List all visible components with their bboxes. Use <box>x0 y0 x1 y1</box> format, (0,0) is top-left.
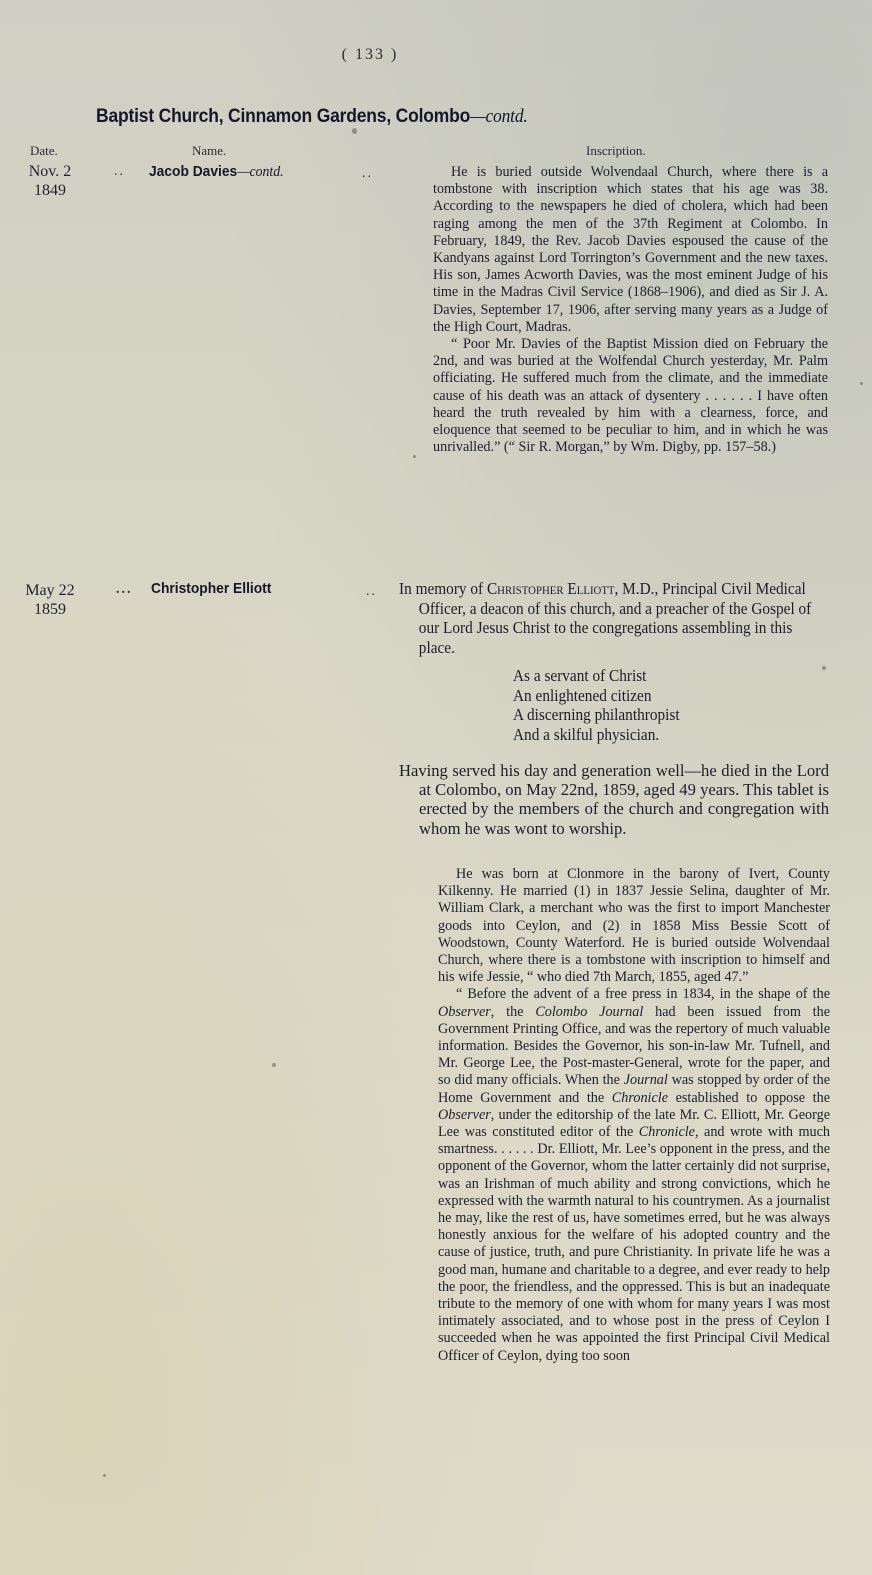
verse-line: And a skilful physician. <box>513 725 680 745</box>
column-header-name: Name. <box>192 143 226 159</box>
entry-date-year: 1859 <box>14 600 86 619</box>
running-title-contd: —contd. <box>470 106 527 127</box>
memorial-inscription: In memory of Christopher Elliott, M.D., … <box>399 579 827 657</box>
page-number: ( 133 ) <box>0 46 740 64</box>
leader-dots: ... <box>116 582 133 598</box>
tablet-text: Having served his day and generation wel… <box>399 761 829 838</box>
document-page: ( 133 ) Baptist Church, Cinnamon Gardens… <box>0 0 872 1575</box>
verse-line: A discerning philanthropist <box>513 705 680 725</box>
running-title: Baptist Church, Cinnamon Gardens, Colomb… <box>96 106 528 128</box>
tablet-paragraph: Having served his day and generation wel… <box>399 761 829 838</box>
quote-text: , the <box>491 1004 536 1020</box>
leader-dots: .. <box>114 164 125 180</box>
newspaper-title: Observer <box>438 1107 491 1123</box>
entry-date: May 22 1859 <box>14 581 86 619</box>
paper-speck <box>352 128 357 134</box>
memorial-person-name: Christopher Elliott <box>487 579 615 598</box>
inscription-text: He is buried outside Wolvendaal Church, … <box>433 164 828 456</box>
memorial-intro-prefix: In memory of <box>399 579 487 598</box>
notes-paragraph: He was born at Clonmore in the barony of… <box>438 866 830 986</box>
entry-name-contd: —contd. <box>237 164 283 180</box>
quote-text: established to oppose the <box>668 1090 830 1106</box>
paper-speck <box>272 1063 276 1067</box>
entry-date-year: 1849 <box>14 181 86 200</box>
paper-speck <box>413 455 416 458</box>
inscription-quote-paragraph: “ Poor Mr. Davies of the Baptist Mission… <box>433 336 828 456</box>
entry-date-day: Nov. 2 <box>14 162 86 181</box>
newspaper-title: Chronicle <box>639 1124 695 1140</box>
newspaper-title: Chronicle <box>612 1090 668 1106</box>
leader-dots: .. <box>362 166 373 182</box>
memorial-verse: As a servant of Christ An enlightened ci… <box>513 666 680 744</box>
column-header-date: Date. <box>30 143 58 159</box>
paper-speck <box>103 1474 106 1477</box>
quote-text: “ Before the advent of a free press in 1… <box>456 986 830 1002</box>
entry-name: Christopher Elliott <box>151 580 271 597</box>
paper-speck <box>860 382 863 385</box>
column-header-inscription: Inscription. <box>586 143 646 159</box>
memorial-intro: In memory of Christopher Elliott, M.D., … <box>399 579 827 657</box>
entry-name-text: Jacob Davies <box>149 163 237 180</box>
newspaper-title: Journal <box>624 1072 668 1088</box>
quote-text: , and wrote with much smartness. . . . .… <box>438 1124 830 1364</box>
running-title-text: Baptist Church, Cinnamon Gardens, Colomb… <box>96 106 470 127</box>
paper-speck <box>822 666 826 670</box>
verse-line: As a servant of Christ <box>513 666 680 686</box>
entry-name: Jacob Davies—contd. <box>149 163 284 181</box>
entry-date: Nov. 2 1849 <box>14 162 86 200</box>
newspaper-title: Colombo Journal <box>535 1004 643 1020</box>
biographical-notes: He was born at Clonmore in the barony of… <box>438 866 830 1365</box>
verse-line: An enlightened citizen <box>513 686 680 706</box>
inscription-paragraph: He is buried outside Wolvendaal Church, … <box>433 164 828 336</box>
quoted-reminiscence: “ Before the advent of a free press in 1… <box>438 986 830 1364</box>
leader-dots: .. <box>366 584 377 600</box>
newspaper-title: Observer <box>438 1004 491 1020</box>
entry-date-day: May 22 <box>14 581 86 600</box>
